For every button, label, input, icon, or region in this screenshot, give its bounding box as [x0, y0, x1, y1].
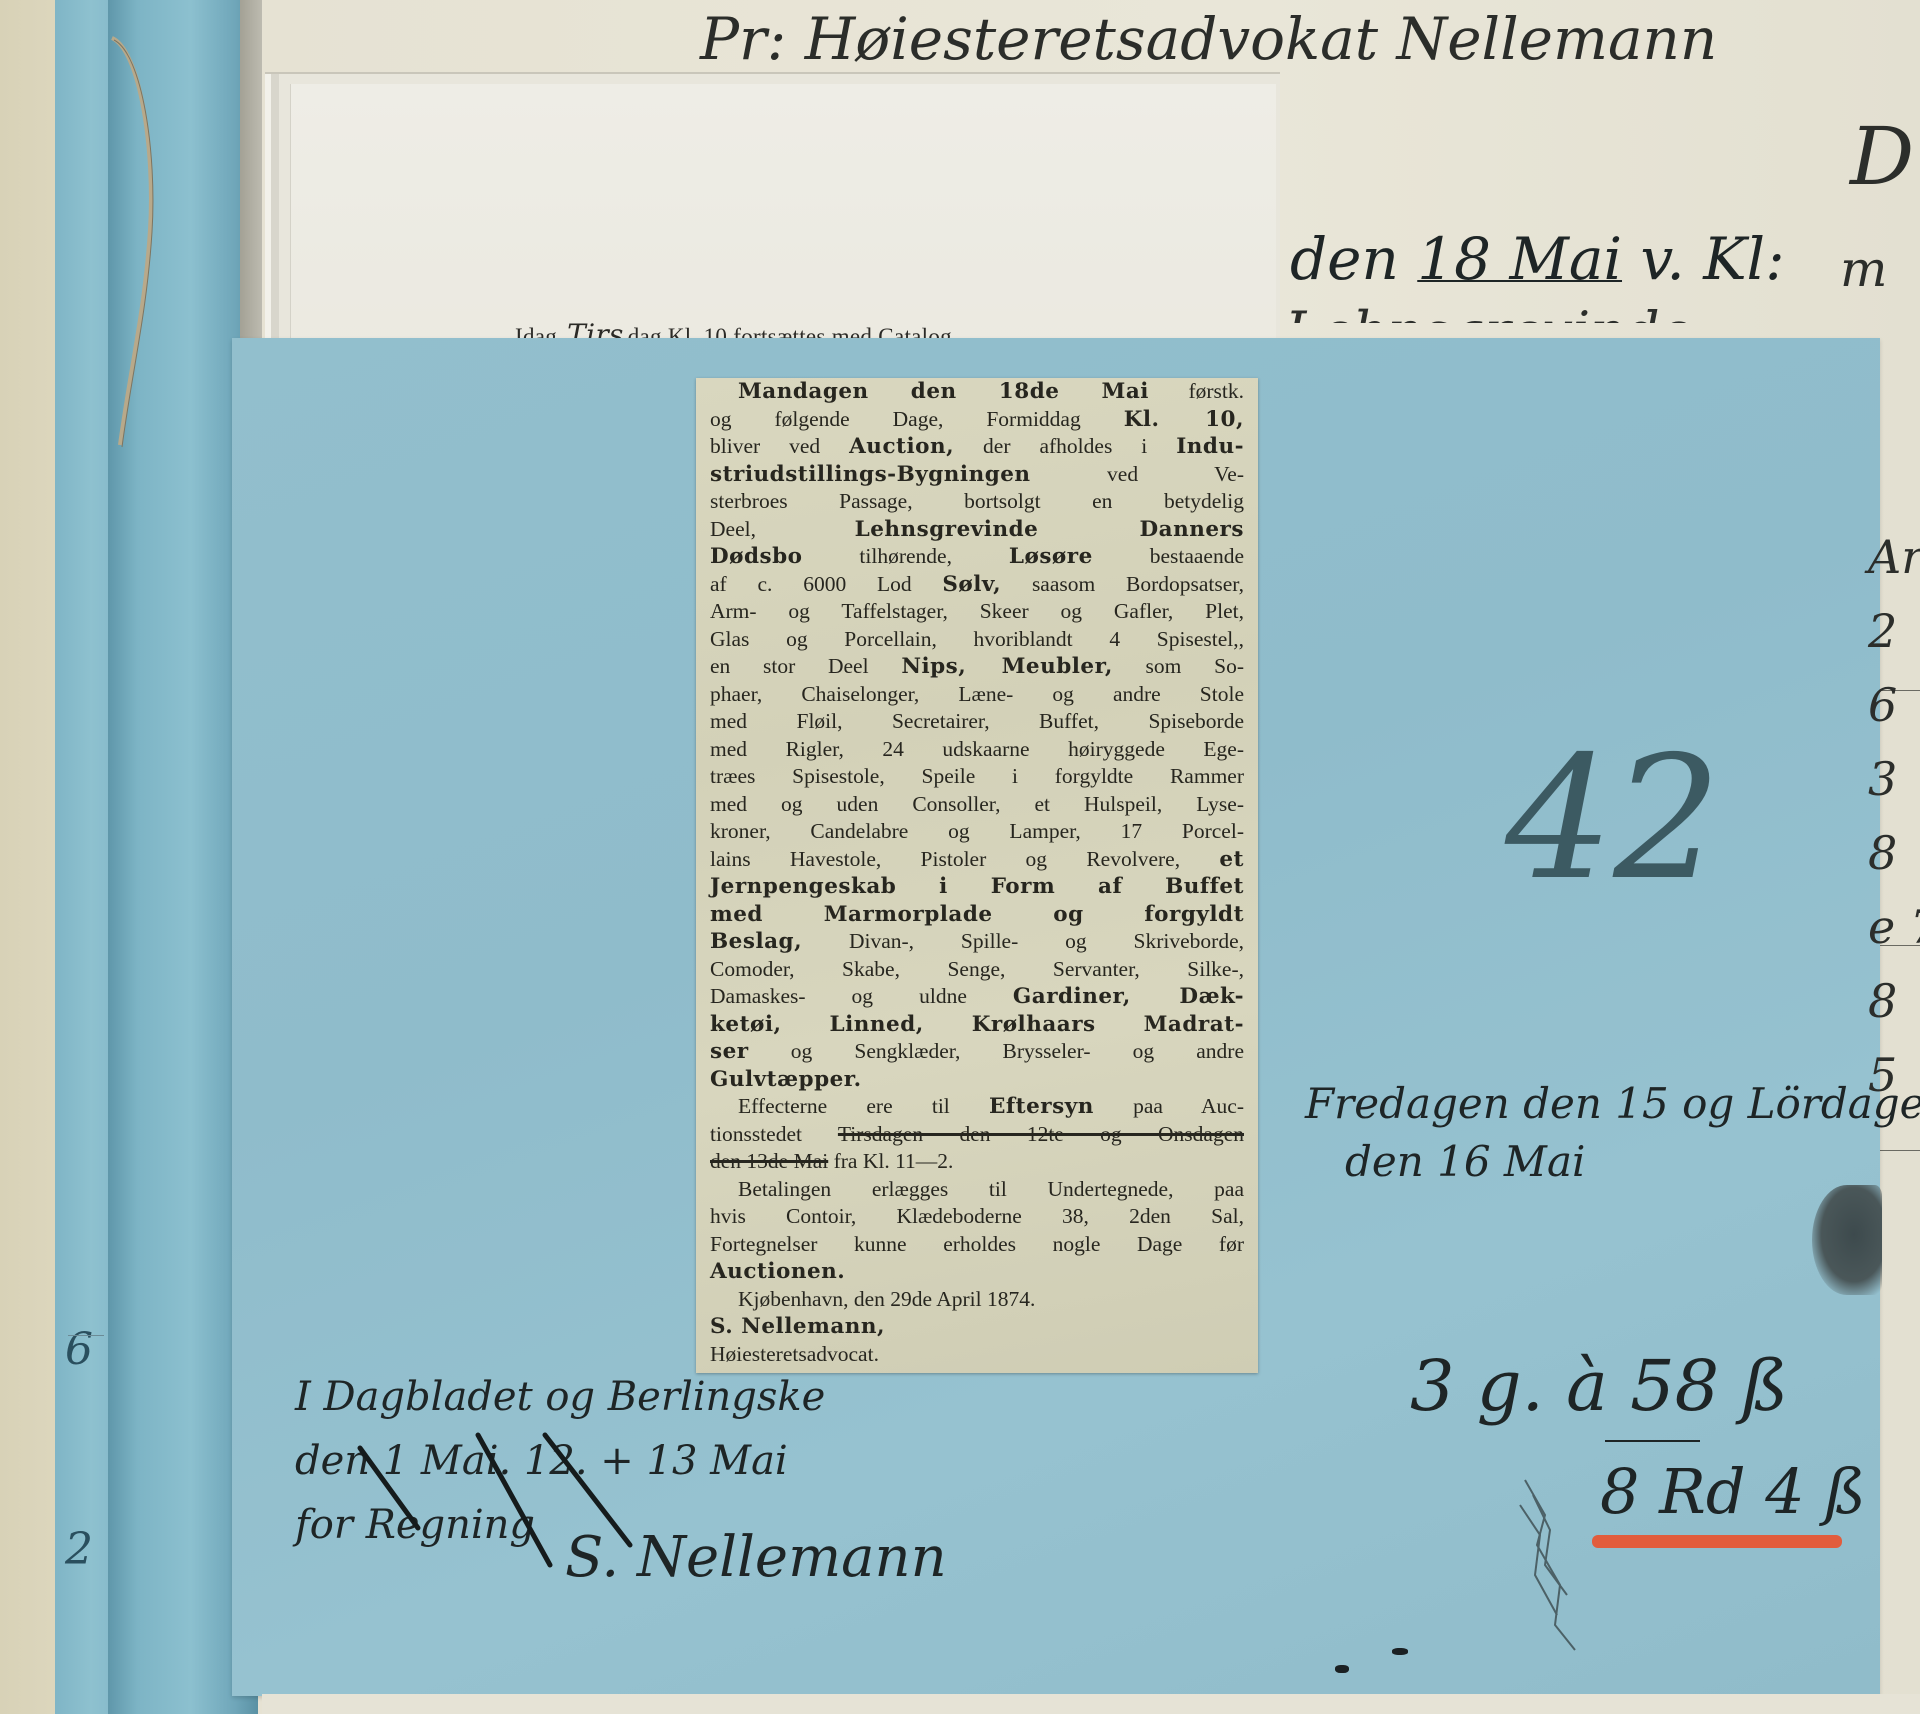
binding-string-icon	[110, 30, 170, 450]
clip-line: Gulvtæpper.	[710, 1066, 1244, 1094]
clip-line: Glas og Porcellain, hvoriblandt 4 Spises…	[710, 626, 1244, 654]
folder-edge-paper	[240, 0, 262, 370]
background-letter-fragment: D	[1850, 110, 1914, 203]
date-underlined: 18 Mai	[1417, 225, 1622, 293]
clip-line: med Marmorplade og forgyldt	[710, 901, 1244, 929]
left-margin-marks: 6 2	[65, 1250, 93, 1650]
clip-line: kroner, Candelabre og Lamper, 17 Porcel-	[710, 818, 1244, 846]
clip-line: med og uden Consoller, et Hulspeil, Lyse…	[710, 791, 1244, 819]
clip-line: lains Havestole, Pistoler og Revolvere, …	[710, 846, 1244, 874]
clip-line: med Rigler, 24 udskaarne høiryggede Ege-	[710, 736, 1244, 764]
margin-mark: Ark	[1868, 520, 1920, 594]
inspection-line-2: tionsstedet Tirsdagen den 12te og Onsdag…	[710, 1121, 1244, 1149]
ink-dot	[1335, 1665, 1349, 1673]
payment-line: Fortegnelser kunne erholdes nogle Dage f…	[710, 1231, 1244, 1259]
inspection-line-1: Effecterne ere til Eftersyn paa Auc-	[710, 1093, 1244, 1121]
clip-line: ser og Sengklæder, Brysseler- og andre	[710, 1038, 1244, 1066]
clip-line: Mandagen den 18de Mai førstk.	[710, 378, 1244, 406]
background-letter-date: den 18 Mai v. Kl:	[1290, 225, 1785, 293]
struck-dates: Tirsdagen den 12te og Onsdagen	[838, 1122, 1244, 1146]
margin-mark: 2	[65, 1450, 93, 1650]
payment-line: Betalingen erlægges til Undertegnede, pa…	[710, 1176, 1244, 1204]
margin-mark: 6	[65, 1250, 93, 1450]
clip-line: bliver ved Auction, der afholdes i Indu-	[710, 433, 1244, 461]
signature-name: S. Nellemann,	[710, 1313, 1244, 1341]
clip-line: af c. 6000 Lod Sølv, saasom Bordopsatser…	[710, 571, 1244, 599]
margin-mark: e 7	[1868, 890, 1920, 964]
background-letter-address: Pr: Høiesteretsadvokat Nellemann	[700, 5, 1717, 73]
clip-line: med Fløil, Secretairer, Buffet, Spisebor…	[710, 708, 1244, 736]
clip-line: Damaskes- og uldne Gardiner, Dæk-	[710, 983, 1244, 1011]
auction-notice-text: Mandagen den 18de Mai førstk. og følgend…	[710, 378, 1244, 1368]
clip-line: Deel, Lehnsgrevinde Danners	[710, 516, 1244, 544]
bottom-paper-edge	[262, 1694, 1920, 1714]
inspection-date-note: Fredagen den 15 og Lördagen den 16 Mai	[1305, 1075, 1920, 1191]
note-line: den 16 Mai	[1305, 1133, 1920, 1191]
struck-dates: den 13de Mai	[710, 1149, 828, 1173]
payment-line: hvis Contoir, Klædeboderne 38, 2den Sal,	[710, 1203, 1244, 1231]
note-line: Fredagen den 15 og Lördagen	[1305, 1075, 1920, 1133]
margin-mark: 2	[1868, 594, 1920, 668]
clip-line: sterbroes Passage, bortsolgt en betydeli…	[710, 488, 1244, 516]
date-suffix: v. Kl:	[1640, 225, 1784, 293]
margin-mark: 8	[1868, 964, 1920, 1038]
background-letter-fragment-2: m	[1840, 240, 1887, 298]
inspection-line-3: den 13de Mai fra Kl. 11—2.	[710, 1148, 1244, 1176]
clip-line: striudstillings-Bygningen ved Ve-	[710, 461, 1244, 489]
ink-smudge-icon	[1515, 1475, 1595, 1655]
date-prefix: den	[1290, 225, 1399, 293]
ink-dot	[1392, 1648, 1408, 1655]
calc-underline	[1605, 1440, 1700, 1442]
clip-line: Dødsbo tilhørende, Løsøre bestaaende	[710, 543, 1244, 571]
clip-line: ketøi, Linned, Krølhaars Madrat-	[710, 1011, 1244, 1039]
red-crayon-underline	[1592, 1535, 1842, 1548]
clip-line: Jernpengeskab i Form af Buffet	[710, 873, 1244, 901]
clip-line: Arm- og Taffelstager, Skeer og Gafler, P…	[710, 598, 1244, 626]
clip-line: Beslag, Divan-, Spille- og Skriveborde,	[710, 928, 1244, 956]
clip-line: en stor Deel Nips, Meubler, som So-	[710, 653, 1244, 681]
margin-mark: 3	[1868, 742, 1920, 816]
margin-mark: 6	[1868, 668, 1920, 742]
handwritten-signature: S. Nellemann	[565, 1525, 947, 1590]
price-calculation: 3 g. à 58 ß	[1410, 1345, 1788, 1427]
payment-line: Auctionen.	[710, 1258, 1244, 1286]
clip-line: Comoder, Skabe, Senge, Servanter, Silke-…	[710, 956, 1244, 984]
margin-mark: 8	[1868, 816, 1920, 890]
sheet-number: 42	[1505, 720, 1721, 918]
clip-line: og følgende Dage, Formiddag Kl. 10,	[710, 406, 1244, 434]
right-margin-marks: Ark 2 6 3 8 e 7 8 5	[1868, 520, 1920, 1112]
place-date: Kjøbenhavn, den 29de April 1874.	[710, 1286, 1244, 1314]
left-beige-paper	[0, 0, 55, 1714]
price-total: 8 Rd 4 ß	[1600, 1455, 1866, 1528]
clip-line: phaer, Chaiselonger, Læne- og andre Stol…	[710, 681, 1244, 709]
left-margin-rule	[68, 1335, 104, 1336]
newspaper-clipping: Mandagen den 18de Mai førstk. og følgend…	[696, 378, 1258, 1373]
ink-blot	[1812, 1185, 1882, 1295]
clip-line: træes Spisestole, Speile i forgyldte Ram…	[710, 763, 1244, 791]
signature-title: Høiesteretsadvocat.	[710, 1341, 1244, 1369]
